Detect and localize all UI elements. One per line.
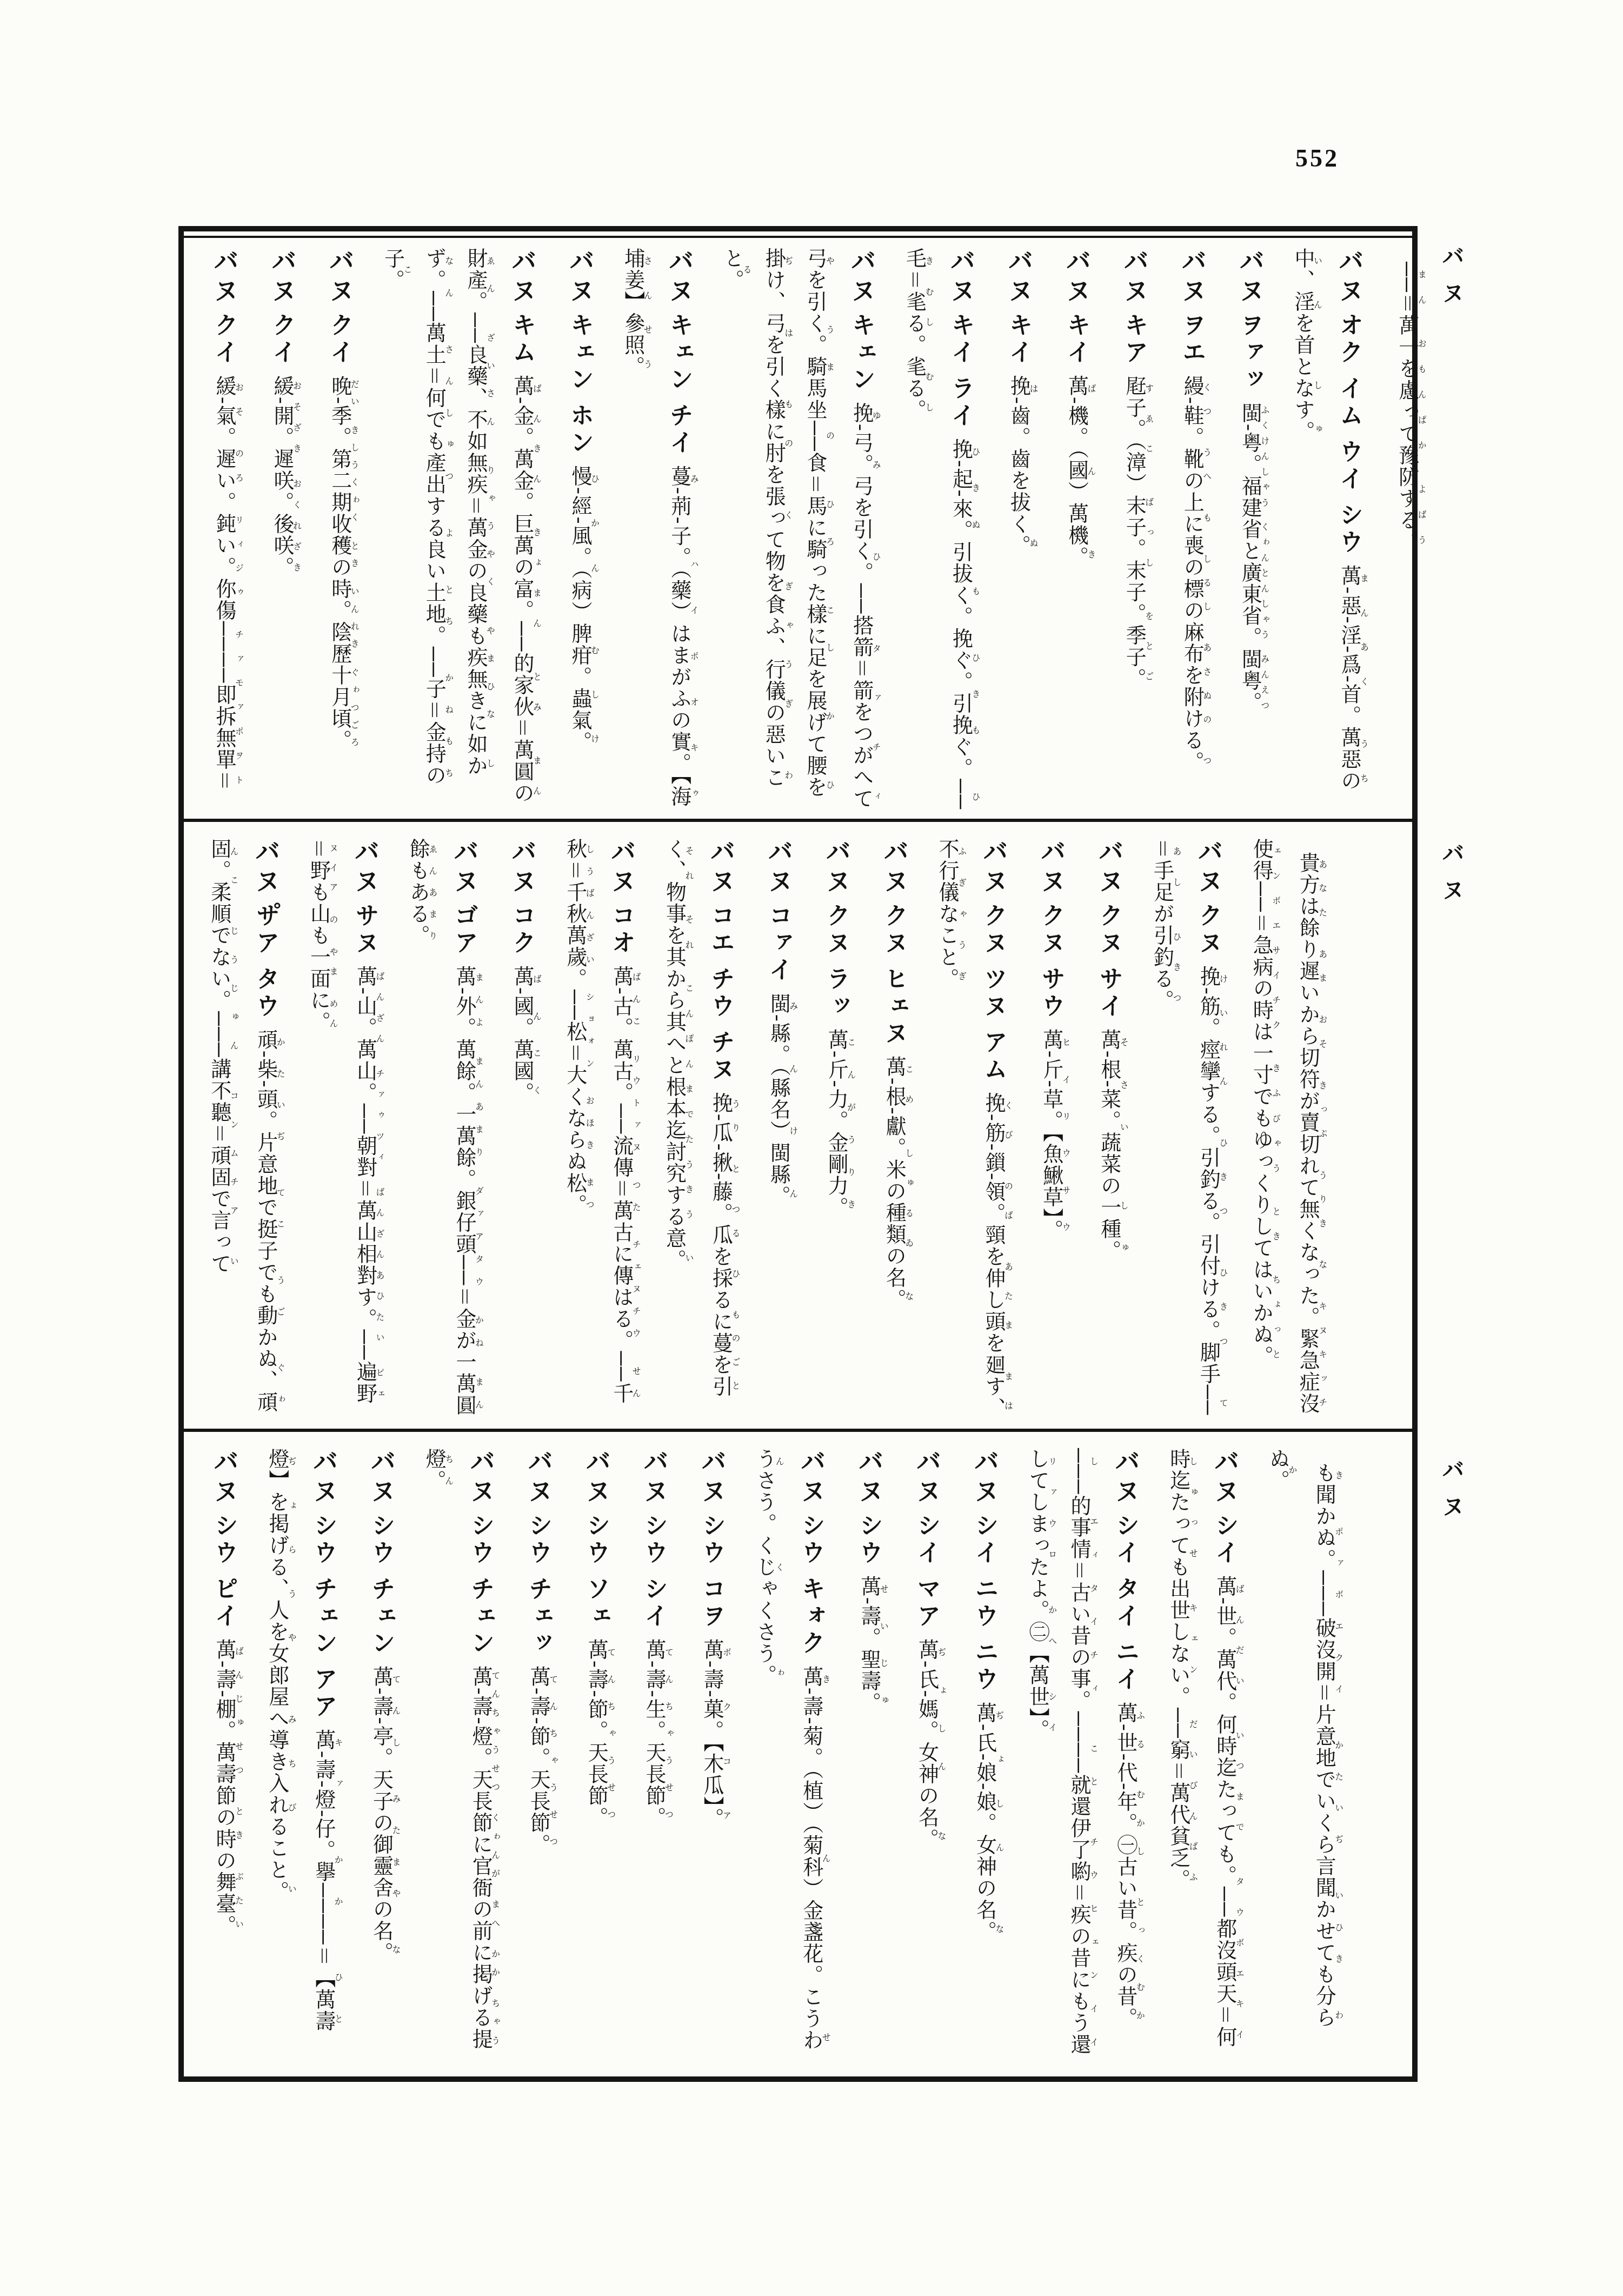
entry-headword-kana: バヌ (797, 1448, 825, 1508)
entry-headword-kana: バヌ (880, 838, 908, 898)
entry-reading-kana: シウ チェン (467, 1513, 494, 1657)
entry-headword-kana: バヌ (847, 248, 875, 307)
entry-reading-kana: シウ キォク (798, 1513, 824, 1657)
entry-reading-kana: ヲエ (1179, 313, 1205, 367)
dictionary-entry: バヌコァイ閩-縣。（縣名）閩縣。みんけん (752, 838, 803, 1421)
page-border-frame: ──＝萬一を慮って豫防する。まん おもんぱか よばう バヌオク イム ウイ シウ… (178, 226, 1418, 2082)
dictionary-entry: バヌクイ緩-開。遲咲。後咲。おそざき おくれざき (256, 248, 307, 811)
dictionary-entry: バヌキェン ホン慢-經-風。（病）脾疳。蟲氣。ひかん むしけ (554, 248, 605, 811)
dictionary-entry: バヌキェン挽-弓。弓を引く。──搭箭＝箭をつがへて弓を引く。騎馬坐──食＝馬に騎… (711, 248, 887, 811)
entry-headword-kana: バヌ (913, 1448, 941, 1508)
dictionary-entry: バヌシイ タイ ニイ萬-世-代-年。㊀古い昔。疾の昔。───的事情＝古い昔の事。… (1016, 1448, 1150, 2063)
entry-reading-kana: クヌ ツヌ アム (980, 903, 1007, 1084)
entry-furigana: せいじゅ (879, 1576, 888, 1714)
entry-reading-kana: キイ ライ (948, 313, 974, 430)
margin-guide-word-bottom: バヌ (1435, 1458, 1467, 1531)
entry-headword-kana: バヌ (1235, 248, 1263, 307)
entry-definition: 萬-根-菜。蔬菜の一種。 (1097, 1029, 1120, 1261)
entry-headword-kana: バヌ (640, 1448, 668, 1508)
entry-furigana: そさい しゅ (1119, 1029, 1128, 1261)
entry-furigana: こめ しゅるゐ な (904, 1056, 913, 1310)
dictionary-entry: バヌクイ晚-季。第二期收穫の時。陰歷十月頃。だい きしうくゎく とき いんれき … (314, 248, 365, 811)
entry-headword-kana: バヌ (1335, 248, 1363, 307)
entry-reading-kana: クイ (327, 313, 353, 367)
entry-reading-kana: コオ (608, 903, 635, 957)
entry-definition: 萬-氏-媽。女神の名。 (915, 1639, 938, 1849)
entry-definition: 挽-齒。齒を拔く。 (1007, 375, 1029, 556)
entry-reading-kana: キア (1121, 313, 1147, 367)
dictionary-entry: バヌクイ緩-氣。遲い。鈍い。你傷────即拆無單＝おそ のろ リィジゥ チァモァ… (198, 248, 249, 811)
entry-headword-kana: バヌ (1004, 248, 1032, 307)
entry-reading-kana: ヲァッ (1236, 313, 1263, 394)
entry-headword-kana: バヌ (970, 1448, 999, 1508)
entry-headword-kana: バヌ (1210, 1448, 1239, 1508)
entry-headword-kana: バヌ (582, 1448, 610, 1508)
entry-furigana: てんちゃうせつ (664, 1639, 673, 1828)
entry-reading-kana: シイ (1212, 1513, 1238, 1567)
entry-definition: 屘子。（漳）末子。末子。季子。 (1122, 375, 1145, 689)
entry-headword-kana: バヌ (822, 838, 850, 898)
entry-definition: 萬-根-獻。米の種類の名。 (882, 1056, 905, 1310)
dictionary-entry: バヌシウ チェン萬-壽-燈。天長節に官衙の前に掲げる提燈。てんちゃうせつ くゎん… (413, 1448, 506, 2063)
entry-reading-kana: シウ チェッ (525, 1513, 551, 1657)
entry-furigana: みんけん (788, 993, 797, 1207)
dictionary-entry: バヌシウ キォク萬-壽-菊。（植）（菊科）金盞花。こうわうさう。くじゃくさう。き… (743, 1448, 836, 2063)
entry-headword-kana: バヌ (508, 248, 536, 307)
dictionary-entry: 貴方は餘り遲いから切符が賣切れて無くなった。緊急症沒使得──＝急病の時は一寸でも… (1240, 838, 1333, 1421)
entry-reading-kana: シイ ニウ ニウ (972, 1513, 998, 1694)
entry-reading-kana: クヌ サイ (1096, 903, 1122, 1020)
entry-headword-kana: バヌ (508, 838, 536, 898)
entry-reading-kana: キェン (848, 313, 875, 394)
entry-definition: 閩-縣。（縣名）閩縣。 (767, 993, 789, 1207)
entry-reading-kana: シウ ソェ (583, 1513, 609, 1630)
dictionary-entry: バヌクヌ挽-筋。痙攣する。引釣る。引付ける。脚手──＝手足が引釣る。けいれん ひ… (1141, 838, 1234, 1421)
dictionary-entry: バヌシウ ソェ萬-壽-節。天長節。てんちゃうせつ (570, 1448, 621, 2063)
entry-reading-kana: シウ ピイ (211, 1513, 237, 1630)
entry-definition: 萬-斤-草。【魚鰍草】。 (1040, 1029, 1062, 1240)
entry-headword-kana: バヌ (1062, 248, 1090, 307)
entry-headword-kana: バヌ (566, 248, 594, 307)
entry-reading-kana: クイ (211, 313, 237, 367)
entry-reading-kana: キェン チイ (666, 313, 693, 457)
dictionary-page: 552 バヌ バヌ バヌ ──＝萬一を慮って豫防する。まん おもんぱか よばう … (0, 0, 1623, 2296)
entry-definition: も聞かぬ。───破沒開＝片意地でいくら言聞かせても分らぬ。 (1266, 1448, 1335, 2028)
dictionary-entry: バヌクヌ サウ萬-斤-草。【魚鰍草】。ヒイリウサウ (1025, 838, 1076, 1421)
entry-reading-kana: シイ マア (914, 1513, 940, 1630)
entry-furigana: てんちゃうせつ (606, 1639, 615, 1828)
entry-reading-kana: クヌ サウ (1038, 903, 1065, 1020)
dictionary-entry: バヌクヌ ヒェヌ萬-根-獻。米の種類の名。こめ しゅるゐ な (868, 838, 919, 1421)
dictionary-entry: バヌシイ ニウ ニウ萬-氏-娘-娘。女神の名。ぢょしん な (959, 1448, 1010, 2063)
dictionary-entry: バヌキア屘子。（漳）末子。末子。季子。すゑこ ばっし をとご (1108, 248, 1159, 811)
entry-definition: 緩-氣。遲い。鈍い。你傷────即拆無單＝ (212, 375, 235, 792)
entry-reading-kana: オク イム ウイ シウ (1336, 313, 1362, 556)
dictionary-entry: バヌコエ チウ チヌ挽-瓜-揪-藤。瓜を採るに蔓を引く、物事を其から其へと根本迄… (653, 838, 746, 1421)
entry-headword-kana: バヌ (607, 838, 635, 898)
entry-definition: 萬-壽-菓。【木瓜】。 (700, 1639, 723, 1829)
page-number: 552 (1295, 144, 1339, 172)
dictionary-entry: バヌクヌ ラッ萬-斤-力。金剛力。こんがうりき (810, 838, 861, 1421)
entry-reading-kana: シウ (856, 1513, 882, 1567)
entry-definition: 慢-經-風。（病）脾疳。蟲氣。 (568, 466, 591, 752)
dictionary-entry: バヌヲエ縵-鞋。靴の上に喪の標の麻布を附ける。くつ うへ も しるし あさぬの … (1166, 248, 1217, 811)
entry-furigana: ひかん むしけ (589, 466, 598, 752)
entry-reading-kana: キイ (1005, 313, 1032, 367)
entry-definition: 萬-國。萬國。 (510, 966, 533, 1104)
entry-headword-kana: バヌ (697, 1448, 726, 1508)
entry-headword-kana: バヌ (706, 838, 734, 898)
entry-reading-kana: サ゚ア タウ (252, 903, 279, 1020)
entry-furigana: ボクコア (722, 1639, 731, 1829)
entry-headword-kana: バヌ (1120, 248, 1148, 307)
entry-furigana: ばんき (1086, 375, 1095, 568)
entry-headword-kana: バヌ (979, 838, 1007, 898)
entry-furigana: ばんこく (532, 966, 541, 1104)
dictionary-entry: バヌシウ シイ萬-壽-生。天長節。てんちゃうせつ (628, 1448, 679, 2063)
entry-reading-kana: クイ (269, 313, 295, 367)
entry-reading-kana: ゴア (451, 903, 477, 957)
entry-reading-kana: クヌ ラッ (823, 903, 849, 1020)
dictionary-entry: バヌシウ ピイ萬-壽-棚。萬壽節の時の舞臺。ばんじゅせつ とき ぶたい (198, 1448, 249, 2063)
entry-reading-kana: シウ コヲ (699, 1513, 725, 1630)
dictionary-entry: バヌキム萬-金。萬金。巨萬の富。──的家伙＝萬圓の財產。──良藥、不如無疾＝萬金… (371, 248, 547, 811)
margin-guide-word-middle: バヌ (1435, 841, 1467, 915)
entry-reading-kana: コエ チウ チヌ (707, 903, 734, 1084)
dictionary-entry: バヌシウ萬-壽。聖壽。せいじゅ (843, 1448, 894, 2063)
entry-reading-kana: クヌ ヒェヌ (881, 903, 907, 1047)
dictionary-entry: も聞かぬ。───破沒開＝片意地でいくら言聞かせても分らぬ。き ポァボエクイ かた… (1256, 1448, 1349, 2063)
entry-reading-kana: キイ (1063, 313, 1089, 367)
entry-band-top: ──＝萬一を慮って豫防する。まん おもんぱか よばう バヌオク イム ウイ シウ… (184, 231, 1446, 819)
entry-definition: 閩-粤。福建省と廣東省。閩粤。 (1238, 402, 1261, 713)
entry-headword-kana: バヌ (268, 248, 296, 307)
dictionary-entry: バヌシウ チェッ萬-壽-節。天長節。てんちゃうせつ (512, 1448, 563, 2063)
dictionary-entry: バヌシウ チェン萬-壽-亭。天子の御靈舍の名。てんし みたまや な (355, 1448, 407, 2063)
entry-reading-kana: シイ タイ ニイ (1112, 1513, 1139, 1694)
entry-definition: 萬-氏-娘-娘。女神の名。 (973, 1702, 996, 1942)
dictionary-entry: バヌオク イム ウイ シウ萬-惡-淫-爲-首。萬惡の中、淫を首となす。まんあく … (1281, 248, 1374, 811)
entry-furigana: ヒイリウサウ (1061, 1029, 1070, 1240)
entry-definition: 萬-壽。聖壽。 (857, 1576, 880, 1714)
dictionary-entry: バヌクヌ ツヌ アム挽-筋-鎻-領。頸を伸し頭を廻す、不行儀なこと。くび のば … (926, 838, 1019, 1421)
entry-headword-kana: バヌ (1194, 838, 1222, 898)
dictionary-entry: バヌシイ マア萬-氏-媽。女神の名。ぢょしん な (901, 1448, 952, 2063)
entry-headword-kana: バヌ (251, 838, 280, 898)
entry-headword-kana: バヌ (367, 1448, 395, 1508)
entry-headword-kana: バヌ (1095, 838, 1123, 898)
entry-headword-kana: バヌ (665, 248, 693, 307)
dictionary-entry: バヌキイ ライ挽-起-來。引拔く。挽ぐ。引挽ぐ。──毛＝毟る。毟る。ひきぬ も … (893, 248, 986, 811)
dictionary-entry: バヌシイ萬-世。萬代。何時迄たっても。──都沒頭天＝何時迄たっても出世しない。─… (1157, 1448, 1250, 2063)
entry-furigana: すゑこ ばっし をとご (1144, 375, 1153, 689)
entry-furigana: ぢょしん な (936, 1639, 946, 1849)
entry-headword-kana: バヌ (524, 1448, 552, 1508)
dictionary-entry: バヌサヌ萬-山。萬山。──朝對＝萬山相對す。──遍野＝野も山も一面に。ばんざん … (297, 838, 390, 1421)
entry-furigana: まん おもんぱか よばう (1416, 262, 1426, 553)
entry-furigana: ばんじゅせつ とき ぶたい (234, 1639, 243, 1936)
entry-headword-kana: バヌ (325, 248, 354, 307)
entry-definition: 緩-開。遲咲。後咲。 (270, 375, 293, 578)
dictionary-entry: バヌキェン チイ蔓-荊-子。（藥）はまがふの實。【海埔姜】參照。み ハイポオキゥ… (611, 248, 704, 811)
entry-reading-kana: クヌ (1195, 903, 1221, 957)
entry-reading-kana: キム (509, 313, 535, 367)
entry-definition: 萬-斤-力。金剛力。 (824, 1029, 847, 1218)
entry-definition: 萬-機。（國）萬機。 (1065, 375, 1087, 568)
dictionary-entry: バヌコク萬-國。萬國。ばんこく (496, 838, 547, 1421)
entry-furigana: てんちゃうせつ (548, 1666, 557, 1855)
entry-furigana: こんがうりき (846, 1029, 855, 1218)
entry-reading-kana: キェン ホン (567, 313, 593, 457)
entry-furigana: だい きしうくゎく とき いんれき ぐゎつごろ (349, 375, 358, 751)
entry-reading-kana: シウ チェン アア (310, 1513, 337, 1721)
dictionary-entry: バヌシウ コヲ萬-壽-菓。【木瓜】。ボクコア (686, 1448, 737, 2063)
entry-band-bottom: も聞かぬ。───破沒開＝片意地でいくら言聞かせても分らぬ。き ポァボエクイ かた… (184, 1432, 1363, 2071)
entry-definition: 萬-壽-生。天長節。 (642, 1639, 665, 1828)
entry-headword-kana: バヌ (350, 838, 378, 898)
entry-headword-kana: バヌ (1037, 838, 1065, 898)
entry-definition: 貴方は餘り遲いから切符が賣切れて無くなった。緊急症沒使得──＝急病の時は一寸でも… (1249, 838, 1319, 1415)
dictionary-entry: バヌコオ萬-古。萬古。──流傳＝萬古に傳はる。──千秋＝千秋萬歲。──松＝大くな… (554, 838, 647, 1421)
entry-furigana: てんし みたまや な (391, 1666, 400, 1963)
entry-definition: 萬-壽-節。天長節。 (527, 1666, 549, 1855)
entry-furigana: おそ のろ リィジゥ チァモァポヲト (234, 375, 243, 792)
dictionary-entry: バヌサ゚ア タウ頑-柴-頭。片意地で挺子でも動かぬ、頑固。柔順でない。───講不… (198, 838, 291, 1421)
entry-band-middle: 貴方は餘り遲いから切符が賣切れて無くなった。緊急症沒使得──＝急病の時は一寸でも… (184, 822, 1347, 1429)
entry-headword-kana: バヌ (309, 1448, 337, 1508)
dictionary-entry: バヌキイ萬-機。（國）萬機。ばんき (1050, 248, 1101, 811)
entry-headword-kana: バヌ (947, 248, 975, 307)
entry-furigana: ふくけんしゃう くゎんとんしゃう みんえつ (1260, 402, 1269, 713)
entry-furigana: おそざき おくれざき (291, 375, 301, 578)
entry-definition: ──＝萬一を慮って豫防する。 (1395, 262, 1418, 553)
entry-furigana: くつ うへ も しるし あさぬの つ (1202, 375, 1211, 773)
entry-headword-kana: バヌ (466, 1448, 494, 1508)
entry-reading-kana: シウ シイ (641, 1513, 667, 1630)
entry-reading-kana: サヌ (351, 903, 378, 957)
entry-reading-kana: シウ チェン (368, 1513, 395, 1657)
entry-headword-kana: バヌ (855, 1448, 883, 1508)
entry-headword-kana: バヌ (764, 838, 792, 898)
entry-headword-kana: バヌ (450, 838, 478, 898)
dictionary-entry: バヌクヌ サイ萬-根-菜。蔬菜の一種。そさい しゅ (1083, 838, 1134, 1421)
entry-definition: 縵-鞋。靴の上に喪の標の麻布を附ける。 (1180, 375, 1203, 773)
entry-definition: 晚-季。第二期收穫の時。陰歷十月頃。 (328, 375, 351, 751)
entry-definition: 萬-壽-棚。萬壽節の時の舞臺。 (212, 1639, 235, 1936)
entry-definition: 萬-壽-節。天長節。 (584, 1639, 607, 1828)
entry-headword-kana: バヌ (1178, 248, 1206, 307)
entry-furigana: は ぬ (1028, 375, 1037, 556)
dictionary-entry: ──＝萬一を慮って豫防する。まん おもんぱか よばう (1381, 248, 1432, 811)
dictionary-entry: バヌキイ挽-齒。齒を拔く。は ぬ (993, 248, 1044, 811)
entry-definition: 萬-壽-亭。天子の御靈舍の名。 (370, 1666, 393, 1963)
dictionary-entry: バヌシウ チェン アア萬-壽-燈-仔。擧────＝【萬壽燈】を掲げる、人を女郎屋… (256, 1448, 349, 2063)
entry-headword-kana: バヌ (1111, 1448, 1139, 1508)
entry-headword-kana: バヌ (210, 1448, 238, 1508)
entry-reading-kana: コァイ (765, 903, 791, 984)
dictionary-entry: バヌゴア萬-外。萬餘。一萬餘。銀仔頭──＝金が一萬圓餘もある。まんよ まんあまり… (396, 838, 489, 1421)
dictionary-entry: バヌヲァッ閩-粤。福建省と廣東省。閩粤。ふくけんしゃう くゎんとんしゃう みんえ… (1223, 248, 1275, 811)
entry-furigana: ぢょしん な (994, 1702, 1003, 1942)
entry-headword-kana: バヌ (210, 248, 238, 307)
entry-reading-kana: コク (509, 903, 535, 957)
